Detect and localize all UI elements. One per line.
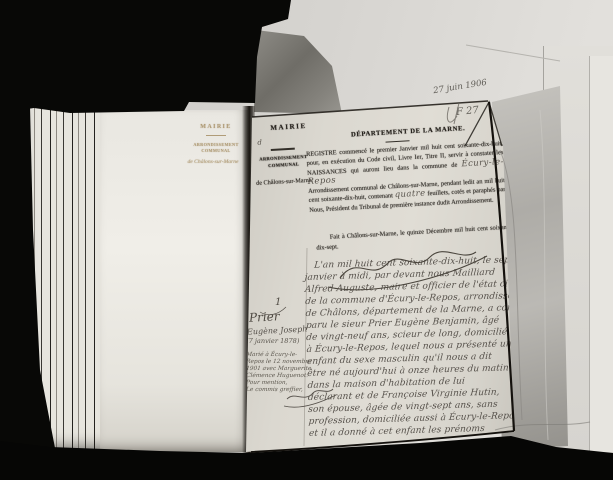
scanned-register-photo: MAIRIE ARRONDISSEMENT COMMUNAL de Châlon… [0, 0, 613, 480]
notice-de: de [451, 161, 457, 168]
communal-label: COMMUNAL [253, 161, 315, 169]
mairie-label: MAIRIE [260, 121, 316, 132]
mention-line: Le commis greffier, [246, 387, 313, 394]
register-page: MAIRIE d ARRONDISSEMENT COMMUNAL de Châl… [246, 94, 524, 462]
department-rule [386, 140, 410, 143]
left-blank-page: MAIRIE ARRONDISSEMENT COMMUNAL de Châlon… [100, 110, 248, 452]
birth-act-text: L'an mil huit cent soixante-dix-huit, le… [304, 254, 521, 440]
mention-line: Pour mention, [246, 380, 313, 387]
ghost-communal-label: COMMUNAL [186, 148, 246, 154]
department-title: DÉPARTEMENT DE LA MARNE. [351, 126, 445, 138]
mention-line: Clémence Huguenot. [246, 373, 313, 380]
backing-sheet-edge [589, 56, 613, 452]
mention-line: Repos le 12 novembre [246, 359, 313, 366]
ghost-print-header: MAIRIE ARRONDISSEMENT COMMUNAL de Châlon… [186, 124, 246, 165]
mention-line: 1901 avec Marguerite [246, 366, 313, 373]
child-surname: Prier [249, 309, 280, 325]
mention-line: Marié à Écury-le- [246, 352, 313, 359]
margin-rule [271, 148, 295, 151]
certification-line: Fait à Châlons-sur-Marne, le quinze Déce… [316, 223, 515, 253]
ghost-commune-label: de Châlons-sur-Marne [180, 159, 246, 165]
margin-mark: d [257, 138, 262, 146]
ghost-mairie-label: MAIRIE [186, 124, 246, 130]
marginal-mention: Marié à Écury-le- Repos le 12 novembre 1… [246, 352, 312, 394]
feuillets-count-handwritten: quatre [394, 189, 425, 201]
act-number: 1 [275, 297, 281, 308]
ghost-rule [206, 135, 226, 136]
register-notice: REGISTRE commencé le premier Janvier mil… [306, 139, 506, 215]
act-date: (7 janvier 1878) [246, 337, 299, 345]
